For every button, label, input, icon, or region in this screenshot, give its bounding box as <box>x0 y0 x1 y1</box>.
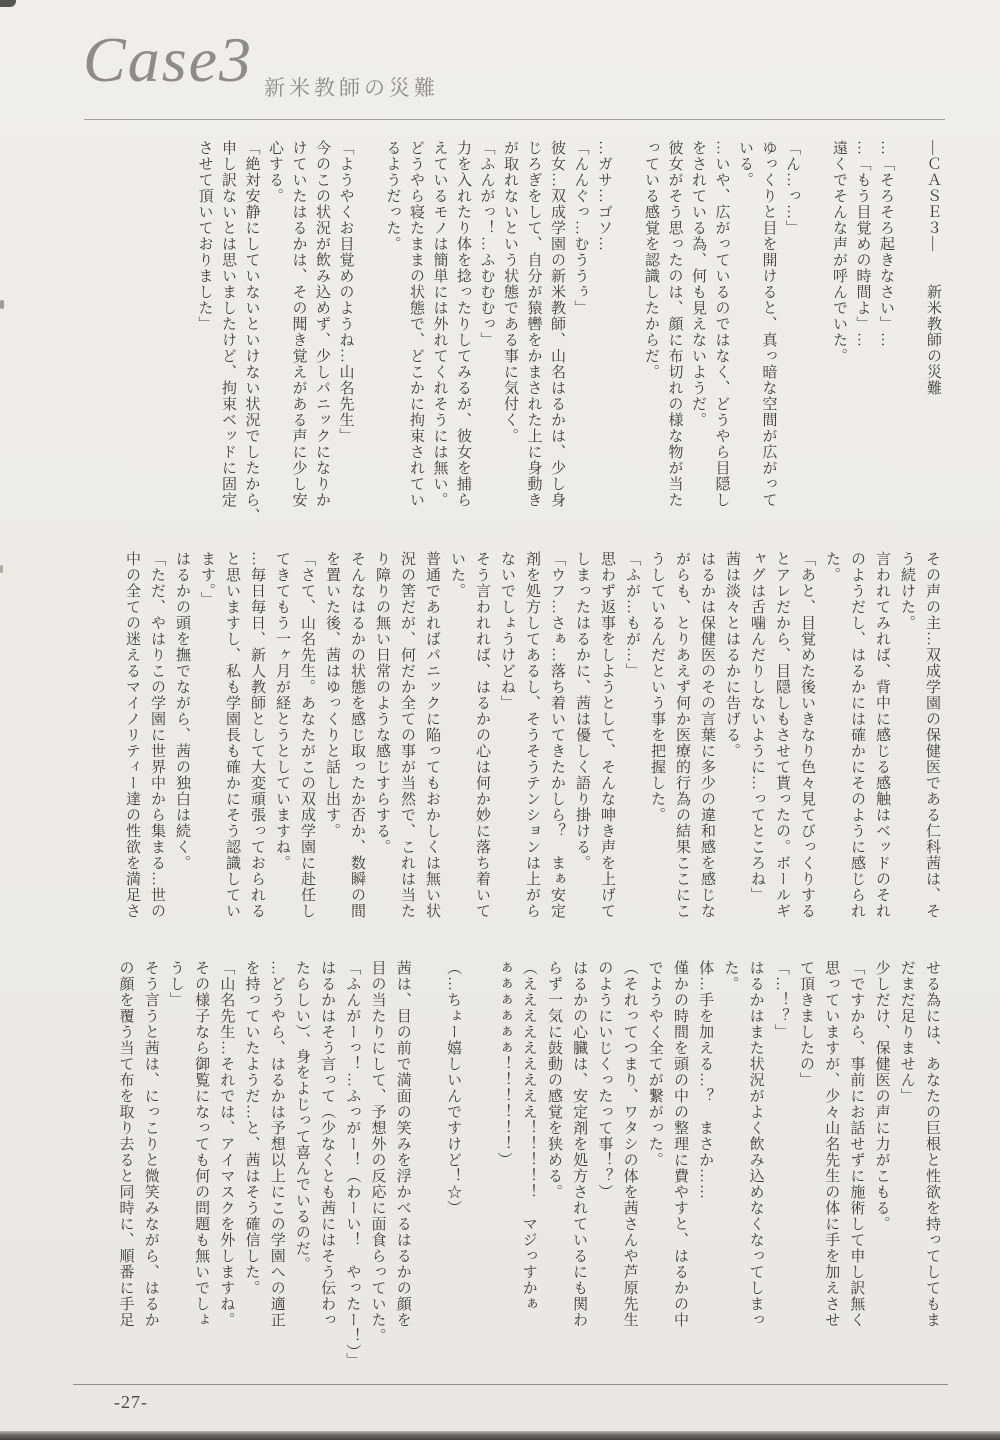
text-column: 「絶対安静にしていないといけない状況でしたから、 <box>239 140 263 554</box>
text-column <box>615 140 639 554</box>
text-column: …「そろそろ起きなさい」… <box>874 140 898 554</box>
text-column: はるかは保健医のその言葉に多少の違和感を感じな <box>694 551 719 965</box>
text-column: だまだ足りません」 <box>894 960 919 1390</box>
text-column: せる為には、あなたの巨根と性欲を持ってしてもま <box>919 960 944 1390</box>
text-column: を置いた後、茜はゆっくりと話し出す。 <box>319 551 344 965</box>
text-column: の顔を覆う当て布を取り去ると同時に、順番に手足 <box>112 960 137 1390</box>
text-column: っている感覚を認識したからだ。 <box>639 140 663 554</box>
text-column: えているモノは簡単には外れてくれそうには無い。 <box>427 140 451 554</box>
text-column: いる。 <box>733 140 757 554</box>
text-column: たらしい）、身をよじって喜んでいるのだ。 <box>289 960 314 1390</box>
text-column: はるかの頭を撫でながら、茜の独白は続く。 <box>169 551 194 965</box>
text-column <box>415 960 440 1390</box>
text-column: そう言われれば、はるかの心は何か妙に落ち着いて <box>469 551 494 965</box>
text-column <box>465 960 490 1390</box>
text-column: て頂きましたの」 <box>793 960 818 1390</box>
text-column: じろぎをして、自分が猿轡をかまされた上に身動き <box>521 140 545 554</box>
text-column: とアレだから、目隠しもさせて貰ったの。ボールギ <box>769 551 794 965</box>
scanned-page: Case3 新米教師の災難 ―ＣＡＳＥ３― 新米教師の災難 …「そろそろ起きなさ… <box>0 0 1000 1440</box>
text-column: はるかの心臓は、安定剤を処方されているにも関わ <box>566 960 591 1390</box>
text-block-2: その声の主…双成学園の保健医である仁科茜は、そう続けた。言われてみれば、背中に感… <box>119 551 944 965</box>
text-column: 剤を処方してあるし、そうそうテンションは上がら <box>519 551 544 965</box>
text-column: 「ふんがーっ！…ふっがー！（わーい！ やったー！）」 <box>339 960 364 1390</box>
text-column: （それってつまり、ワタシの体を茜さんや芦原先生 <box>616 960 641 1390</box>
text-column: ます。」 <box>194 551 219 965</box>
text-column: た。 <box>717 960 742 1390</box>
text-column: 力を入れたり体を捻ったりしてみるが、彼女を捕ら <box>451 140 475 554</box>
text-column: …「もう目覚めの時間よ」… <box>850 140 874 554</box>
text-column: …どうやら、はるかは予想以上にこの学園への適正 <box>264 960 289 1390</box>
text-column: 普通であればパニックに陥ってもおかしくは無い状 <box>419 551 444 965</box>
text-column: 思わず返事をしようとして、そんな呻き声を上げて <box>594 551 619 965</box>
text-column: 茜は淡々とはるかに告げる。 <box>719 551 744 965</box>
text-column: 今のこの状況が飲み込めず、少しパニックになりか <box>310 140 334 554</box>
text-column: …いや、広がっているのではなく、どうやら目隠し <box>709 140 733 554</box>
text-column: …ガサ…ゴソ… <box>592 140 616 554</box>
text-column: 況の筈だが、何だか全ての事が当然で、これは当た <box>394 551 419 965</box>
text-column: 「あと、目覚めた後いきなり色々見てびっくりする <box>794 551 819 965</box>
text-column: が取れないという状態である事に気付く。 <box>498 140 522 554</box>
text-column: ―ＣＡＳＥ３― 新米教師の災難 <box>921 140 945 554</box>
text-column: けていたはるかは、その聞き覚えがある声に少し安 <box>286 140 310 554</box>
scan-speck <box>0 300 4 309</box>
text-column: 茜は、目の前で満面の笑みを浮かべるはるかの顔を <box>390 960 415 1390</box>
text-column: うしているんだという事を把握した。 <box>644 551 669 965</box>
text-column: 彼女がそう思ったのは、顔に布切れの様な物が当た <box>662 140 686 554</box>
text-column: てきてもう一ヶ月が経とうとしていますね。 <box>269 551 294 965</box>
text-column: …毎日毎日、新人教師として大変頑張っておられる <box>244 551 269 965</box>
text-column: 「ただ、やはりこの学園に世界中から集まる…世の <box>144 551 169 965</box>
text-column: うし」 <box>163 960 188 1390</box>
text-column: その様子なら御覧になっても何の問題も無いでしょ <box>188 960 213 1390</box>
text-column: がらも、とりあえず何か医療的行為の結果ここにこ <box>669 551 694 965</box>
scan-edge-bottom <box>0 1431 1000 1440</box>
text-column: ないでしょうけどね」 <box>494 551 519 965</box>
text-column: 僅かの時間を頭の中の整理に費やすと、はるかの中 <box>667 960 692 1390</box>
text-column: （…ちょー嬉しいんですけど！☆） <box>440 960 465 1390</box>
text-column: しまったはるかに、茜は優しく語り掛ける。 <box>569 551 594 965</box>
text-column: 目の当たりにして、予想外の反応に面食らっていた。 <box>364 960 389 1390</box>
text-column: り障りの無い日常のような感じすらする。 <box>369 551 394 965</box>
text-column: そんなはるかの状態を感じ取ったか否か、数瞬の間 <box>344 551 369 965</box>
text-column: のようにいじくったって事！？） <box>591 960 616 1390</box>
text-block-3: せる為には、あなたの巨根と性欲を持ってしてもまだまだ足りません」少しだけ、保健医… <box>112 960 944 1390</box>
text-column: 「山名先生…それでは、アイマスクを外しますね。 <box>213 960 238 1390</box>
text-column: （えええええええええ！！！！！ マジっすかぁ <box>516 960 541 1390</box>
text-column <box>897 140 921 554</box>
text-column: その声の主…双成学園の保健医である仁科茜は、そ <box>919 551 944 965</box>
text-column <box>803 140 827 554</box>
text-column: はるかはそう言って（少なくとも茜にはそう伝わっ <box>314 960 339 1390</box>
text-column: らず一気に鼓動の感覚を狭める。 <box>541 960 566 1390</box>
text-column: 「んんぐっ…むううぅ」 <box>568 140 592 554</box>
text-column: 思っていますが、少々山名先生の体に手を加えさせ <box>818 960 843 1390</box>
text-column: 遠くでそんな声が呼んでいた。 <box>827 140 851 554</box>
text-column: 申し訳ないとは思いましたけど、拘束ベッドに固定 <box>216 140 240 554</box>
scan-speck <box>0 565 3 573</box>
text-column: 「ですから、事前にお話せずに施術して申し訳無く <box>843 960 868 1390</box>
text-column: いた。 <box>444 551 469 965</box>
text-column: 「ん…っ…」 <box>780 140 804 554</box>
text-column: させて頂いておりました」 <box>192 140 216 554</box>
text-column: 「…！？」 <box>768 960 793 1390</box>
text-column: ぁぁぁぁぁぁ！！！！！！） <box>490 960 515 1390</box>
text-column: ゆっくりと目を開けると、真っ暗な空間が広がって <box>756 140 780 554</box>
text-column: のようだし、はるかには確かにそのように感じられ <box>844 551 869 965</box>
footer-rule <box>73 1384 948 1385</box>
text-column: どうやら寝たままの状態で、どこかに拘束されてい <box>404 140 428 554</box>
text-block-1: ―ＣＡＳＥ３― 新米教師の災難 …「そろそろ起きなさい」……「もう目覚めの時間よ… <box>192 140 944 554</box>
text-column: た。 <box>819 551 844 965</box>
text-column: 「ふんがっ！…ふむむむっ」 <box>474 140 498 554</box>
text-column: そう言うと茜は、にっこりと微笑みながら、はるか <box>138 960 163 1390</box>
text-column: をされている為、何も見えないようだ。 <box>686 140 710 554</box>
text-column <box>357 140 381 554</box>
text-column: 心する。 <box>263 140 287 554</box>
text-column: 「ようやくお目覚めのようね…山名先生」 <box>333 140 357 554</box>
text-column: 体…手を加える…？ まさか…… <box>692 960 717 1390</box>
text-column: 「さて、山名先生。あなたがこの双成学園に赴任し <box>294 551 319 965</box>
scan-artifact-top-left <box>0 0 16 7</box>
case-heading: Case3 <box>83 28 253 92</box>
text-column: 「ウフ…さぁ…落ち着いてきたかしら？ まぁ安定 <box>544 551 569 965</box>
text-column: う続けた。 <box>894 551 919 965</box>
text-column: 言われてみれば、背中に感じる感触はベッドのそれ <box>869 551 894 965</box>
header-rule <box>84 119 945 120</box>
text-column: と思いますし、私も学園長も確かにそう認識してい <box>219 551 244 965</box>
text-column: 少しだけ、保健医の声に力がこもる。 <box>868 960 893 1390</box>
page-number: -27- <box>114 1392 148 1413</box>
text-column: 「ふが…もが…」 <box>619 551 644 965</box>
text-column: 彼女…双成学園の新米教師、山名はるかは、少し身 <box>545 140 569 554</box>
chapter-subtitle: 新米教師の災難 <box>264 72 439 102</box>
text-column: ャグは舌噛んだりしないように…ってところね」 <box>744 551 769 965</box>
text-column: を持っていたようだ…と、茜はそう確信した。 <box>238 960 263 1390</box>
text-column: でようやく全てが繋がった。 <box>642 960 667 1390</box>
text-column: 中の全ての迷えるマイノリティー達の性欲を満足さ <box>119 551 144 965</box>
text-column: はるかはまた状況がよく飲み込めなくなってしまっ <box>742 960 767 1390</box>
text-column: るようだった。 <box>380 140 404 554</box>
